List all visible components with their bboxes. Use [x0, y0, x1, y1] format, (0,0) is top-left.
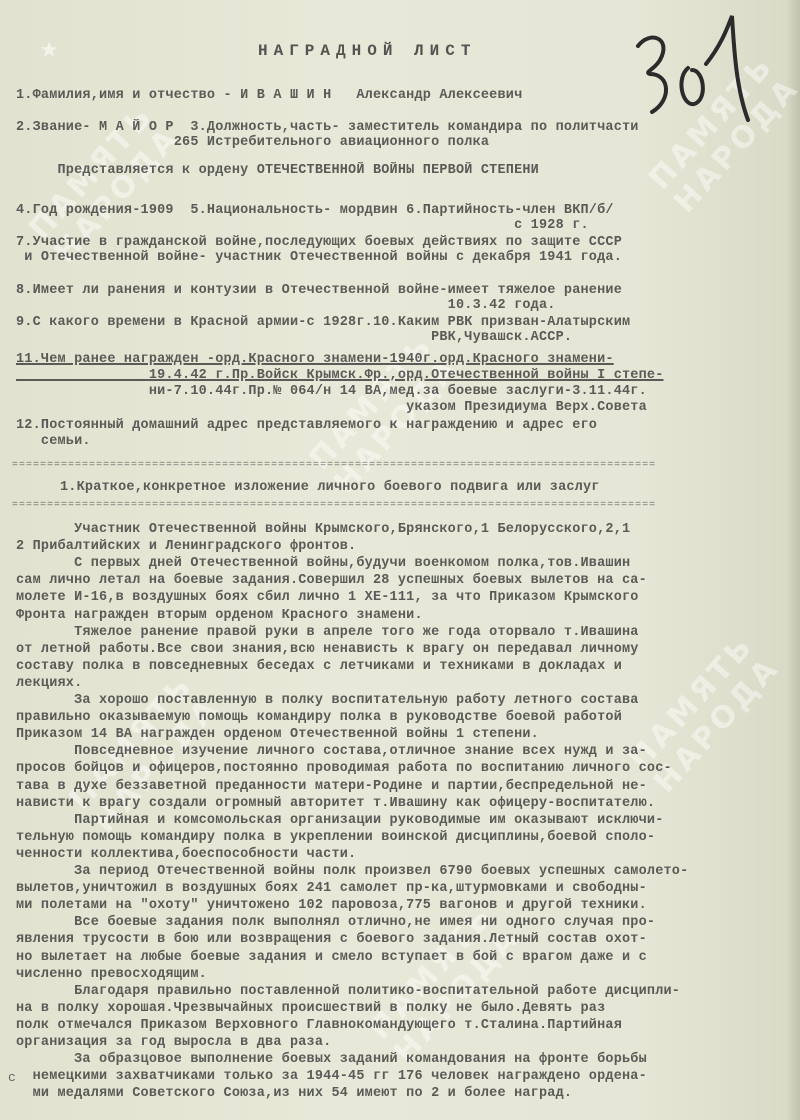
body-line: ченности коллектива,боеспособности части…	[16, 847, 356, 862]
header-line: ни-7.10.44г.Пр.№ 064/н 14 ВА,мед.за боев…	[16, 384, 647, 399]
document-title: НАГРАДНОЙ ЛИСТ	[258, 42, 476, 60]
body-line: Приказом 14 ВА награжден орденом Отечест…	[16, 727, 539, 742]
header-line: 2.Звание- М А Й О Р 3.Должность,часть- з…	[16, 120, 639, 135]
header-line: и Отечественной войне- участник Отечеств…	[16, 250, 622, 265]
body-line: Тяжелое ранение правой руки в апреле тог…	[16, 625, 639, 640]
body-line: явления трусости в бою или возвращения с…	[16, 932, 647, 947]
body-line: За хорошо поставленную в полку воспитате…	[16, 693, 639, 708]
body-line: ми полетами на "охоту" уничтожено 102 па…	[16, 898, 647, 913]
body-line: ми медалями Советского Союза,из них 54 и…	[16, 1086, 572, 1101]
body-line: С первых дней Отечественной войны,будучи…	[16, 556, 630, 571]
header-line: 12.Постоянный домашний адрес представляе…	[16, 418, 597, 433]
body-line: За образцовое выполнение боевых заданий …	[16, 1052, 647, 1067]
body-line: Партийная и комсомольская организации ру…	[16, 813, 664, 828]
header-line: с 1928 г.	[16, 218, 589, 233]
body-line: правильно оказываемую помощь командиру п…	[16, 710, 622, 725]
header-line: 4.Год рождения-1909 5.Национальность- мо…	[16, 203, 614, 218]
body-line: За период Отечественной войны полк произ…	[16, 864, 688, 879]
section-heading: 1.Краткое,конкретное изложение личного б…	[60, 480, 600, 495]
separator-line: ========================================…	[12, 460, 792, 471]
body-line: Благодаря правильно поставленной политик…	[16, 984, 680, 999]
body-line: вылетов,уничтожил в воздушных боях 241 с…	[16, 881, 647, 896]
body-line: немецкими захватчиками только за 1944-45…	[16, 1069, 647, 1084]
header-line: Представляется к ордену ОТЕЧЕСТВЕННОЙ ВО…	[16, 163, 539, 178]
body-line: на в полку хорошая.Чрезвычайных происшес…	[16, 1001, 605, 1016]
margin-mark: с	[8, 1070, 16, 1085]
header-line: 8.Имеет ли ранения и контузии в Отечеств…	[16, 283, 622, 298]
body-line: лекциях.	[16, 676, 82, 691]
body-line: молете И-16,в воздушных боях сбил лично …	[16, 590, 639, 605]
header-line: 19.4.42 г.Пр.Войск Крымск.Фр.,орд.Отечес…	[16, 368, 664, 383]
body-line: полк отмечался Приказом Верховного Главн…	[16, 1018, 622, 1033]
header-line: 10.3.42 года.	[16, 298, 556, 313]
body-line: нависти к врагу создали огромный авторит…	[16, 796, 655, 811]
body-line: составу полка в повседневных беседах с л…	[16, 659, 622, 674]
body-line: Повседневное изучение личного состава,от…	[16, 744, 647, 759]
body-line: Все боевые задания полк выполнял отлично…	[16, 915, 655, 930]
body-line: просов бойцов и офицеров,постоянно прово…	[16, 761, 672, 776]
body-line: организация за год выросла в два раза.	[16, 1035, 331, 1050]
header-line: 7.Участие в гражданской войне,последующи…	[16, 235, 622, 250]
body-line: Фронта награжден вторым орденом Красного…	[16, 608, 423, 623]
header-line: 1.Фамилия,имя и отчество - И В А Ш И Н А…	[16, 88, 522, 103]
body-line: тельную помощь командиру полка в укрепле…	[16, 830, 655, 845]
body-line: тава в духе беззаветной преданности мате…	[16, 779, 647, 794]
header-line: 11.Чем ранее награжден -орд.Красного зна…	[16, 352, 614, 367]
page-edge-shadow	[786, 0, 800, 1120]
header-line: РВК,Чувашск.АССР.	[16, 330, 572, 345]
star-watermark-icon: ★	[40, 30, 58, 67]
header-line: семьи.	[16, 434, 91, 449]
body-line: но вылетает на любые боевые задания и см…	[16, 950, 647, 965]
body-line: Участник Отечественной войны Крымского,Б…	[16, 522, 630, 537]
body-line: от летной работы.Все свои знания,всю нен…	[16, 642, 639, 657]
body-line: численно превосходящим.	[16, 967, 207, 982]
header-line: указом Президиума Верх.Совета	[16, 400, 647, 415]
body-line: 2 Прибалтийских и Ленинградского фронтов…	[16, 539, 356, 554]
header-line: 9.С какого времени в Красной армии-с 192…	[16, 315, 630, 330]
body-line: сам лично летал на боевые задания.Соверш…	[16, 573, 647, 588]
handwritten-number	[630, 8, 770, 128]
separator-line: ========================================…	[12, 500, 792, 511]
header-line: 265 Истребительного авиационного полка	[16, 135, 489, 150]
